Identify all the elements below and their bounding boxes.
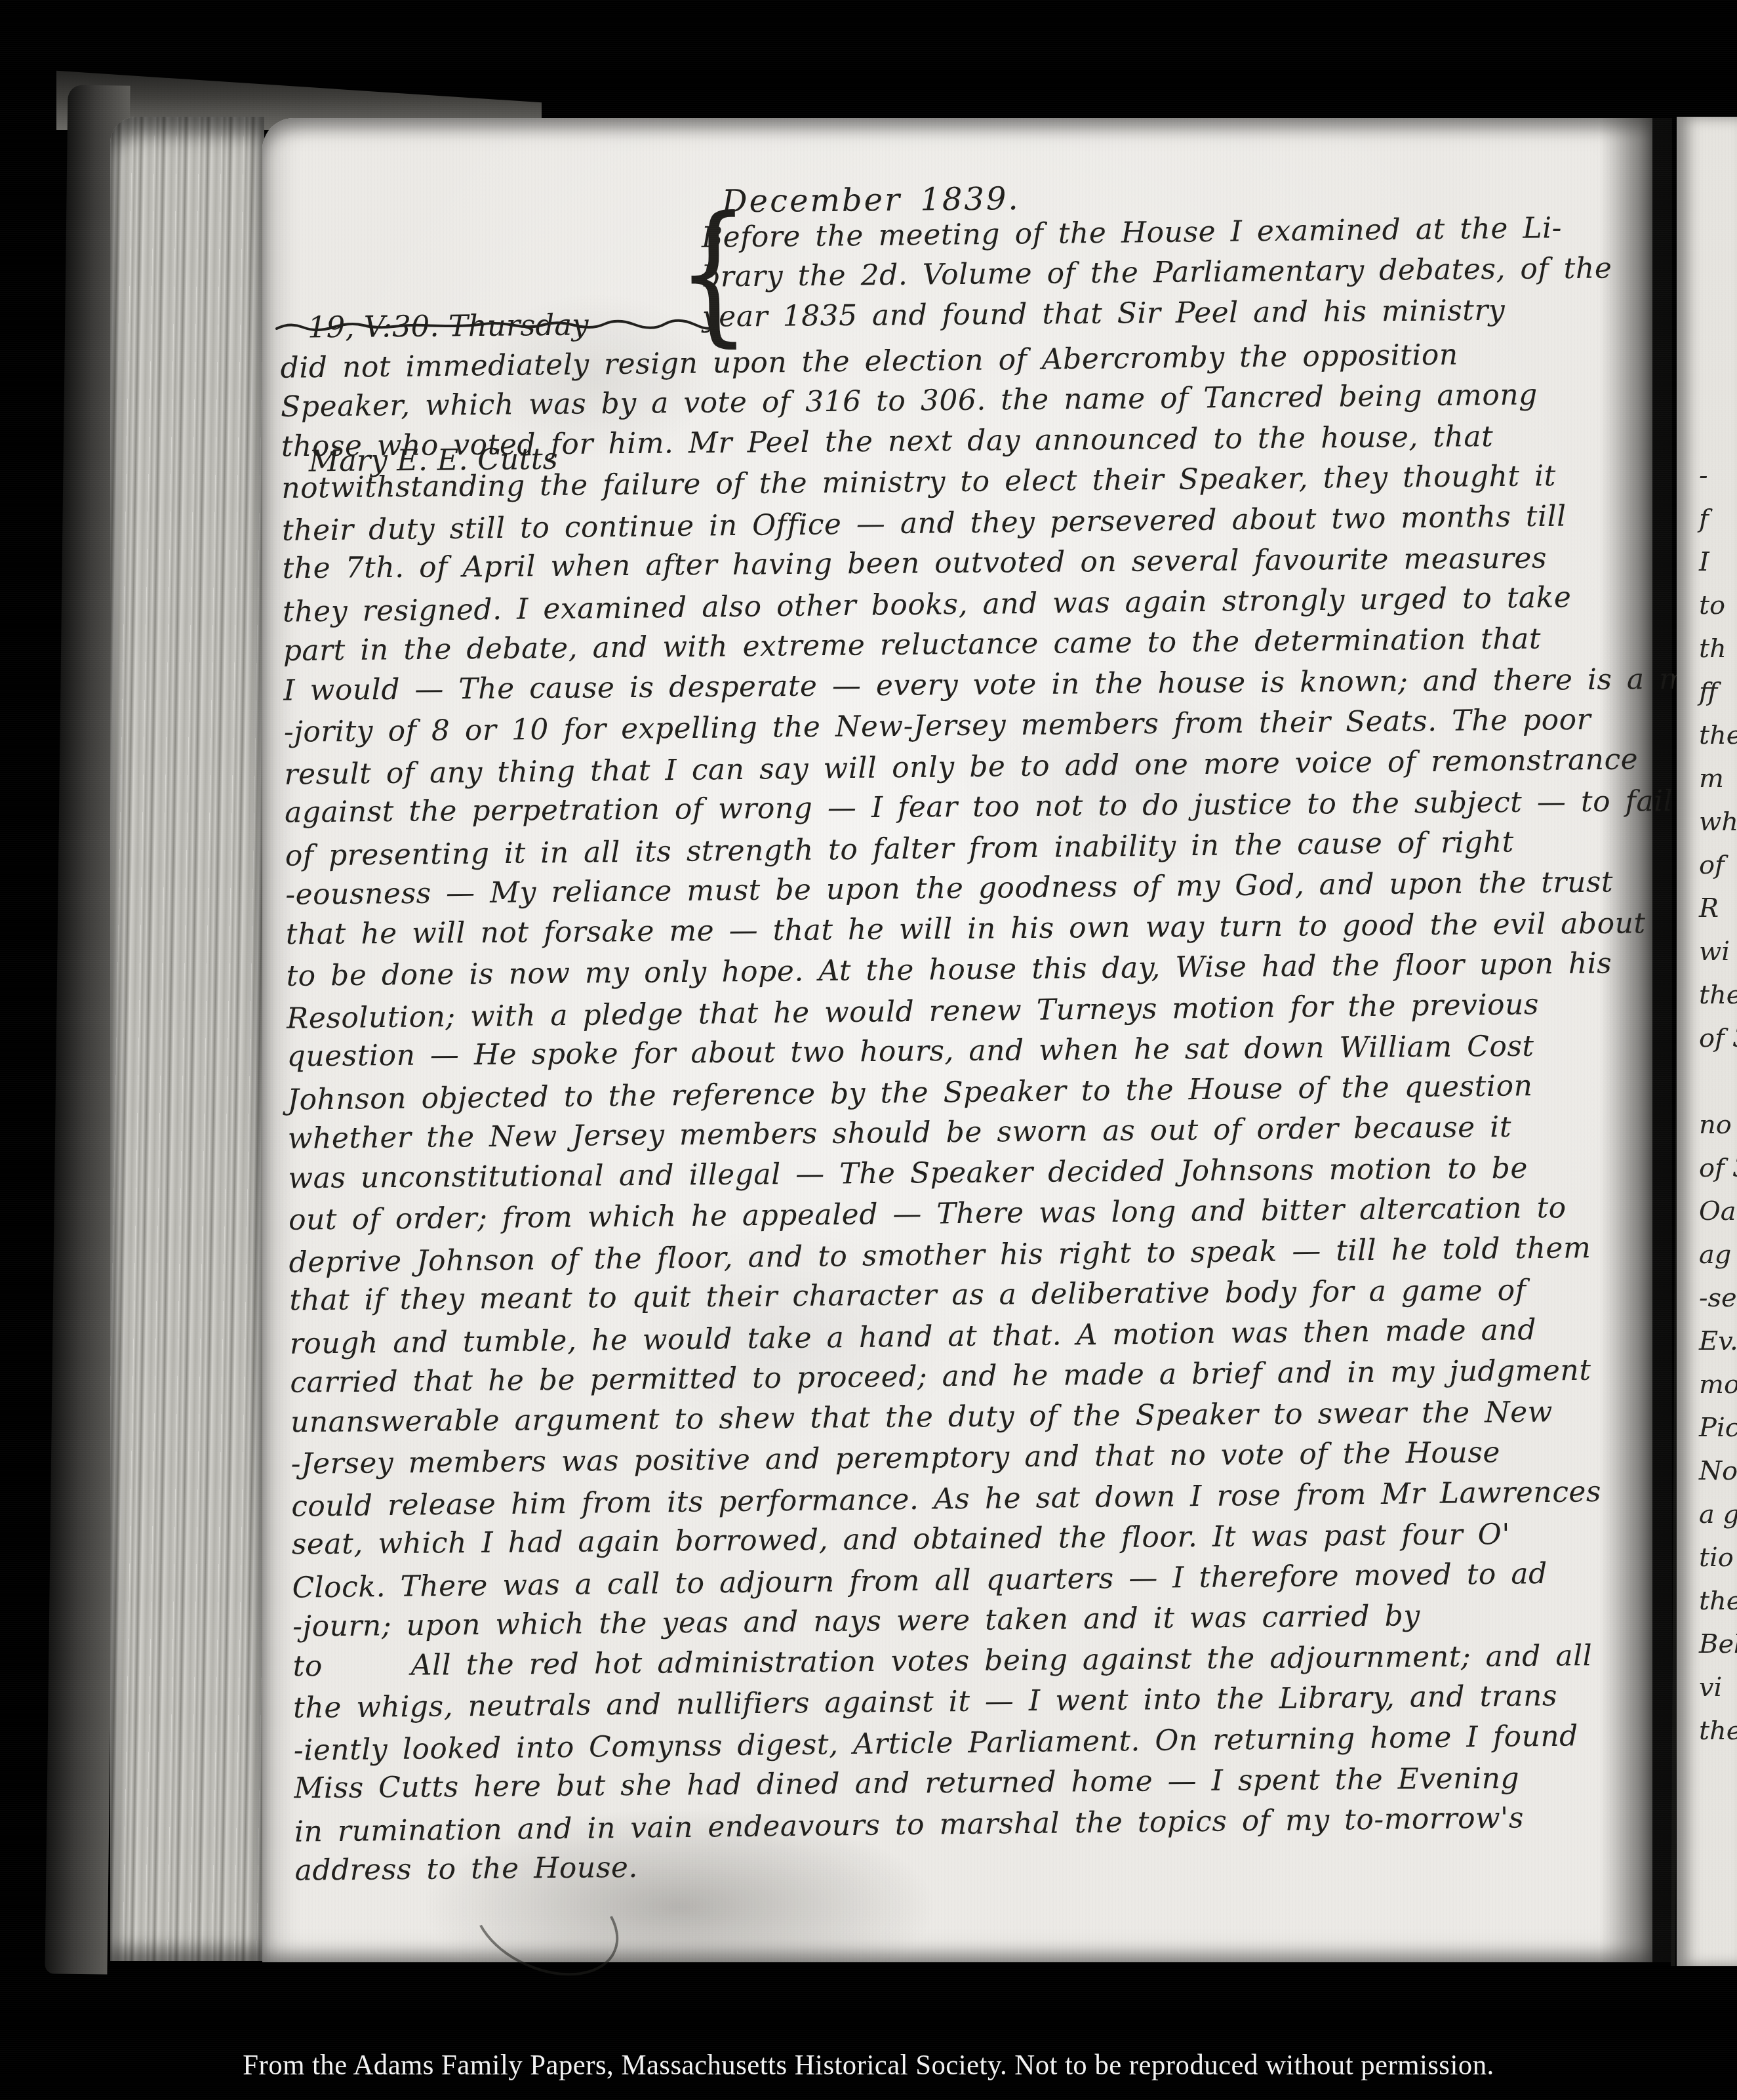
margin-date-line: 19, V:30. Thursday [308, 302, 589, 350]
archive-caption: From the Adams Family Papers, Massachuse… [43, 2048, 1694, 2082]
facing-page-fragment: -se [1699, 1276, 1737, 1320]
facing-page-fragment [1699, 1060, 1737, 1103]
entry-opening-lines: Before the meeting of the House I examin… [701, 207, 1612, 338]
facing-page-fragment: Pic [1699, 1406, 1737, 1449]
facing-page-fragment: the [1699, 1579, 1737, 1623]
facing-page-fragment: tio [1699, 1536, 1737, 1579]
facing-page-fragment: th [1699, 627, 1737, 670]
facing-page-fragment: to [1699, 584, 1737, 627]
facing-page-fragment: the [1699, 973, 1737, 1017]
facing-page-fragment [1699, 1752, 1737, 1796]
facing-page-fragment: f [1699, 497, 1737, 540]
facing-page-fragment: the [1699, 1709, 1737, 1752]
entry-body-lines: did not immediately resign upon the elec… [280, 333, 1715, 1891]
page-stack-edges [110, 117, 264, 1961]
facing-page-fragment: of 3 [1699, 1146, 1737, 1190]
facing-page-fragment: the [1699, 714, 1737, 757]
handwriting-layer: December 1839. 19, V:30. Thursday Mary E… [262, 111, 1670, 1969]
facing-page-fragment: - [1699, 454, 1737, 497]
facing-page-fragment: Ev. [1699, 1320, 1737, 1363]
facing-page-fragment [1699, 411, 1737, 454]
facing-page-fragment: R [1699, 887, 1737, 930]
facing-page-fragment: vi [1699, 1666, 1737, 1709]
facing-page-fragment [1699, 1839, 1737, 1882]
facing-page-fragment: ff [1699, 670, 1737, 714]
facing-page-fragment: no [1699, 1103, 1737, 1146]
facing-page-fragment: m [1699, 757, 1737, 800]
facing-page-fragment [1699, 367, 1737, 411]
facing-page-fragment: I [1699, 540, 1737, 584]
facing-page-fragment: a ge [1699, 1493, 1737, 1536]
facing-page-fragment: of 3 [1699, 1017, 1737, 1060]
facing-page-fragment: wi [1699, 930, 1737, 973]
facing-page-fragments: -fItothffthemwhofRwitheof 3noof 3Oatag-s… [1677, 117, 1737, 1882]
facing-page-fragment: mo [1699, 1363, 1737, 1406]
handwritten-line: year 1835 and found that Sir Peel and hi… [702, 289, 1613, 337]
facing-page-fragment [1699, 1796, 1737, 1839]
facing-page-fragment: of [1699, 843, 1737, 887]
facing-page-fragment: wh [1699, 800, 1737, 843]
archival-photo-frame: December 1839. 19, V:30. Thursday Mary E… [0, 0, 1737, 2100]
facing-page-fragment: Oat [1699, 1190, 1737, 1233]
facing-page-fragment: No [1699, 1449, 1737, 1493]
facing-page-sliver: -fItothffthemwhofRwitheof 3noof 3Oatag-s… [1677, 117, 1737, 1966]
facing-page-fragment: Bel [1699, 1623, 1737, 1666]
facing-page-fragment: ag [1699, 1233, 1737, 1276]
